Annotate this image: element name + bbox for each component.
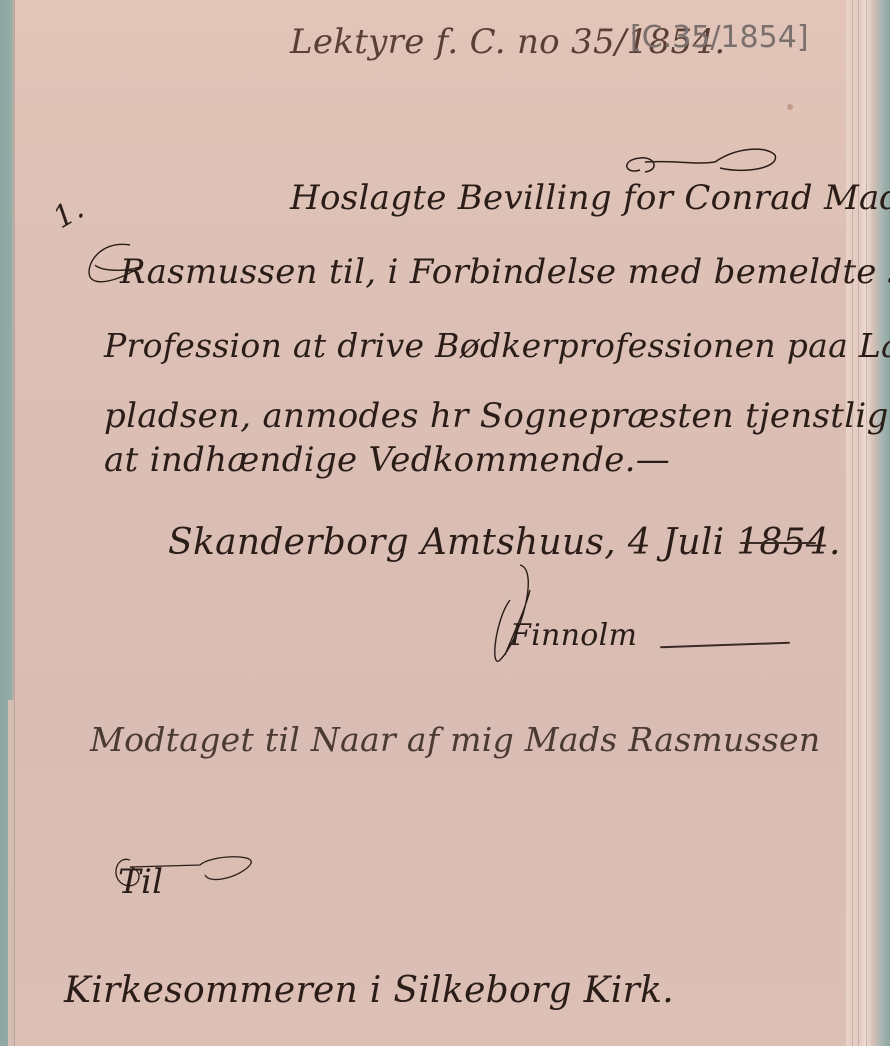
body-line-2: Rasmussen til, i Forbindelse med bemeldt… [120, 252, 890, 292]
page-stack-right-edge [846, 0, 890, 1046]
body-line-3: Profession at drive Bødkerprofessionen p… [104, 326, 890, 365]
body-line-1: Hoslagte Bevilling for Conrad Mads- [290, 178, 890, 218]
date-underline-stroke [740, 542, 816, 544]
address-salutation: Til [118, 862, 163, 902]
address-recipient: Kirkesommeren i Silkeborg Kirk. [64, 970, 674, 1011]
body-line-4: pladsen, anmodes hr Sognepræsten tjenstl… [104, 396, 890, 436]
body-line-5: at indhændige Vedkommende.— [104, 440, 670, 480]
archive-reference-pencil: [C.35/1854] [630, 20, 809, 55]
receipt-note: Modtaget til Naar af mig Mads Rasmussen [90, 720, 820, 759]
signature: Finnolm [510, 618, 637, 653]
signature-flourish [480, 560, 560, 670]
foxing-spot [787, 104, 793, 110]
